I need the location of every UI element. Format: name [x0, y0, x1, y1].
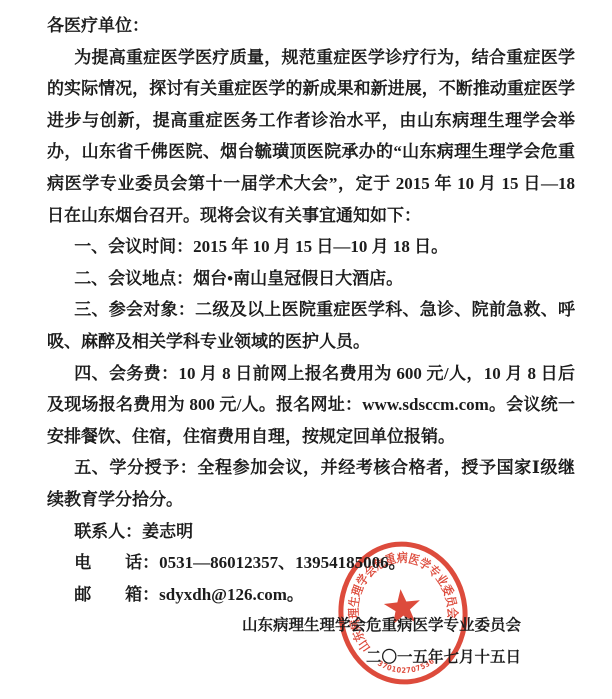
paragraph: 三、参会对象：二级及以上医院重症医学科、急诊、院前急救、呼吸、麻醉及相关学科专业… — [47, 294, 575, 357]
paragraph: 为提高重症医学医疗质量，规范重症医学诊疗行为，结合重症医学的实际情况，探讨有关重… — [47, 42, 575, 232]
paragraph: 联系人：姜志明 — [47, 516, 575, 548]
signature-date: 二〇一五年七月十五日 — [47, 642, 521, 674]
paragraph: 四、会务费：10 月 8 日前网上报名费用为 600 元/人，10 月 8 日后… — [47, 358, 575, 453]
conference-notice-page: 各医疗单位： 为提高重症医学医疗质量，规范重症医学诊疗行为，结合重症医学的实际情… — [0, 0, 612, 699]
paragraph: 一、会议时间：2015 年 10 月 15 日—10 月 18 日。 — [47, 231, 575, 263]
paragraph: 五、学分授予：全程参加会议，并经考核合格者，授予国家Ⅰ级继续教育学分拾分。 — [47, 452, 575, 515]
notice-content: 各医疗单位： 为提高重症医学医疗质量，规范重症医学诊疗行为，结合重症医学的实际情… — [0, 0, 612, 673]
paragraph: 二、会议地点：烟台•南山皇冠假日大酒店。 — [47, 263, 575, 295]
paragraph: 邮 箱：sdyxdh@126.com。 — [47, 579, 575, 611]
signature-block: 山东病理生理学会危重病医学专业委员会 二〇一五年七月十五日 — [47, 610, 575, 673]
signature-organization: 山东病理生理学会危重病医学专业委员会 — [47, 610, 521, 642]
salutation: 各医疗单位： — [47, 10, 575, 42]
paragraph: 电 话：0531—86012357、13954185006。 — [47, 547, 575, 579]
document-body: 为提高重症医学医疗质量，规范重症医学诊疗行为，结合重症医学的实际情况，探讨有关重… — [47, 42, 575, 611]
